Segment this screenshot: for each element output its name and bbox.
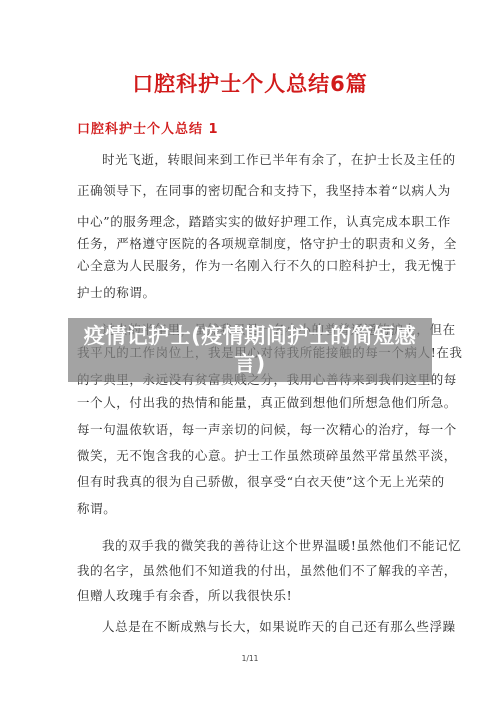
- body-line: 正确领导下，在同事的密切配合和支持下，我坚持本着“以病人为: [77, 181, 422, 199]
- body-line: 我的名字，虽然他们不知道我的付出，虽然他们不了解我的辛苦，: [77, 561, 422, 579]
- document-title: 口腔科护士个人总结6篇: [0, 68, 500, 98]
- overlay-title[interactable]: 疫情记护士(疫情期间护士的简短感言): [68, 322, 432, 378]
- body-line: 任务，严格遵守医院的各项规章制度，恪守护士的职责和义务，全: [77, 234, 422, 252]
- body-line: 一个人，付出我的热情和能量，真正做到想他们所想急他们所急。: [77, 393, 422, 411]
- section-title: 口腔科护士个人总结 1: [77, 118, 219, 137]
- body-line: 但赠人玫瑰手有余香，所以我很快乐!: [77, 586, 422, 604]
- body-line: 中心”的服务理念，踏踏实实的做好护理工作，认真完成本职工作: [77, 212, 422, 230]
- body-line: 护士的称谓。: [77, 283, 422, 301]
- page-number: 1/11: [0, 654, 500, 663]
- body-line: 心全意为人民服务，作为一名刚入行不久的口腔科护士，我无愧于: [77, 256, 422, 274]
- body-line: 微笑，无不饱含我的心意。护士工作虽然琐碎虽然平常虽然平淡，: [77, 446, 422, 464]
- body-line: 但有时我真的很为自己骄傲，很享受“白衣天使”这个无上光荣的: [77, 472, 422, 490]
- body-line: 我的双手我的微笑我的善待让这个世界温暖!虽然他们不能记忆: [102, 536, 422, 554]
- body-line: 时光飞逝，转眼间来到工作已半年有余了，在护士长及主任的: [102, 150, 422, 168]
- body-line: 称谓。: [77, 499, 422, 517]
- body-line: 人总是在不断成熟与长大，如果说昨天的自己还有那么些浮躁: [102, 617, 422, 635]
- body-line: 每一句温侬软语，每一声亲切的问候，每一次精心的治疗，每一个: [77, 420, 422, 438]
